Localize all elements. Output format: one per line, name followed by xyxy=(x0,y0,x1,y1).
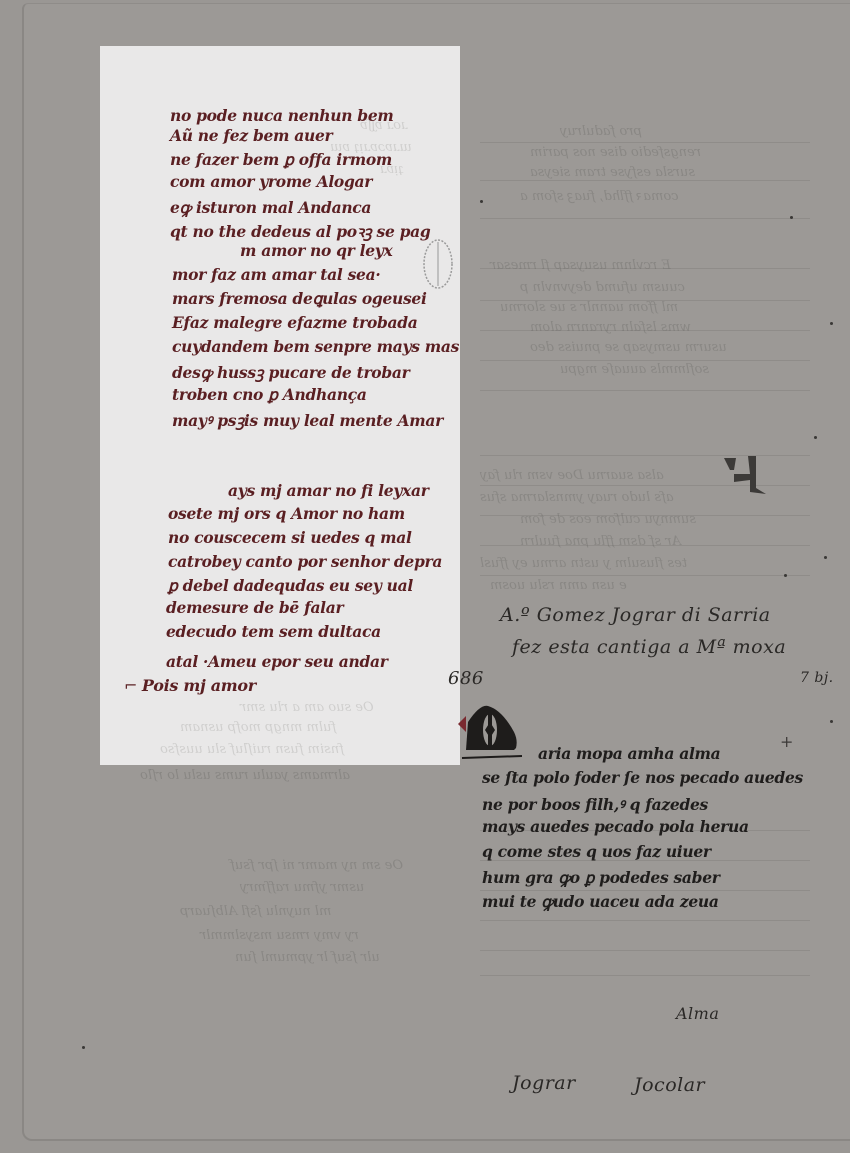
faded-initial-ornament xyxy=(420,236,456,292)
refrain-marker: ⌐ Pois mj amor xyxy=(124,676,256,695)
paragraph-mark: ⌐ xyxy=(124,676,142,695)
note-jograr: Jograr xyxy=(512,1072,576,1094)
verse-line: no pode nuca nenhun bem xyxy=(170,106,394,125)
cross-mark-icon: + xyxy=(780,732,793,751)
verse-line: qt no the dedeus al poꝛꝫ se pag xyxy=(170,220,430,242)
verse-line: no couscecem si uedes q mal xyxy=(168,528,412,547)
verse-line: mays auedes pecado pola herua xyxy=(482,817,749,836)
margin-annotation: 7 bj. xyxy=(800,670,834,686)
verse-line: mayꝰ psꝫis muy leal mente Amar xyxy=(172,409,443,431)
verse-line: edecudo tem sem dultaca xyxy=(166,622,381,641)
verse-line: hum gra ꝙo ꝑ podedes saber xyxy=(482,866,720,888)
verse-line: mars fremosa deꝗulas ogeusei xyxy=(172,289,427,308)
decorated-initial-m xyxy=(458,702,522,764)
verse-line: mui te ꝙudo uaceu ada zeua xyxy=(482,890,719,912)
verse-line: Efaz malegre efazme trobada xyxy=(172,313,418,332)
verse-line: ays mj amar no fi leyxar xyxy=(228,481,429,500)
faded-initial-ornament xyxy=(722,454,770,496)
verse-line: q come stes q uos faz uiuer xyxy=(482,842,711,861)
attribution-line: fez esta cantiga a Mª moxa xyxy=(512,636,786,658)
note-jocolar: Jocolar xyxy=(634,1074,705,1096)
incipit-line: m amor no qr leyx xyxy=(240,241,392,260)
verse-line: atal ·Ameu epor seu andar xyxy=(166,652,388,671)
verse-line: aria mopa amha alma xyxy=(538,744,720,763)
verse-line: ne fazer bem ꝑ offa irmom xyxy=(170,150,392,169)
verse-line: Aũ ne fez bem auer xyxy=(170,126,332,145)
verse-line: cuydandem bem senpre mays mas xyxy=(172,337,459,356)
verse-line: demesure de bē falar xyxy=(166,598,343,617)
verse-line: desꝙ hussꝫ pucare de trobar xyxy=(172,361,410,383)
verse-line: ne por boos filh,ꝰ q fazedes xyxy=(482,793,708,815)
verse-line: troben cno ꝑ Andhança xyxy=(172,385,367,404)
verse-line: se ſta polo foder ſe nos pecado auedes xyxy=(482,768,803,787)
note-alma: Alma xyxy=(676,1004,719,1023)
verse-line: osete mj ors q Amor no ham xyxy=(168,504,405,523)
verse-line: ꝑ debel dadequdas eu sey ual xyxy=(168,576,413,595)
attribution-line: A.º Gomez Jograr di Sarria xyxy=(500,604,771,626)
folio-number: 686 xyxy=(448,668,484,689)
verse-line: catrobey canto por senhor depra xyxy=(168,552,442,571)
verse-line: com amor yrome Alogar xyxy=(170,172,372,191)
verse-line: mor faz am amar tal sea· xyxy=(172,265,380,284)
verse-line: eꝙ isturon mal Andanca xyxy=(170,196,371,218)
